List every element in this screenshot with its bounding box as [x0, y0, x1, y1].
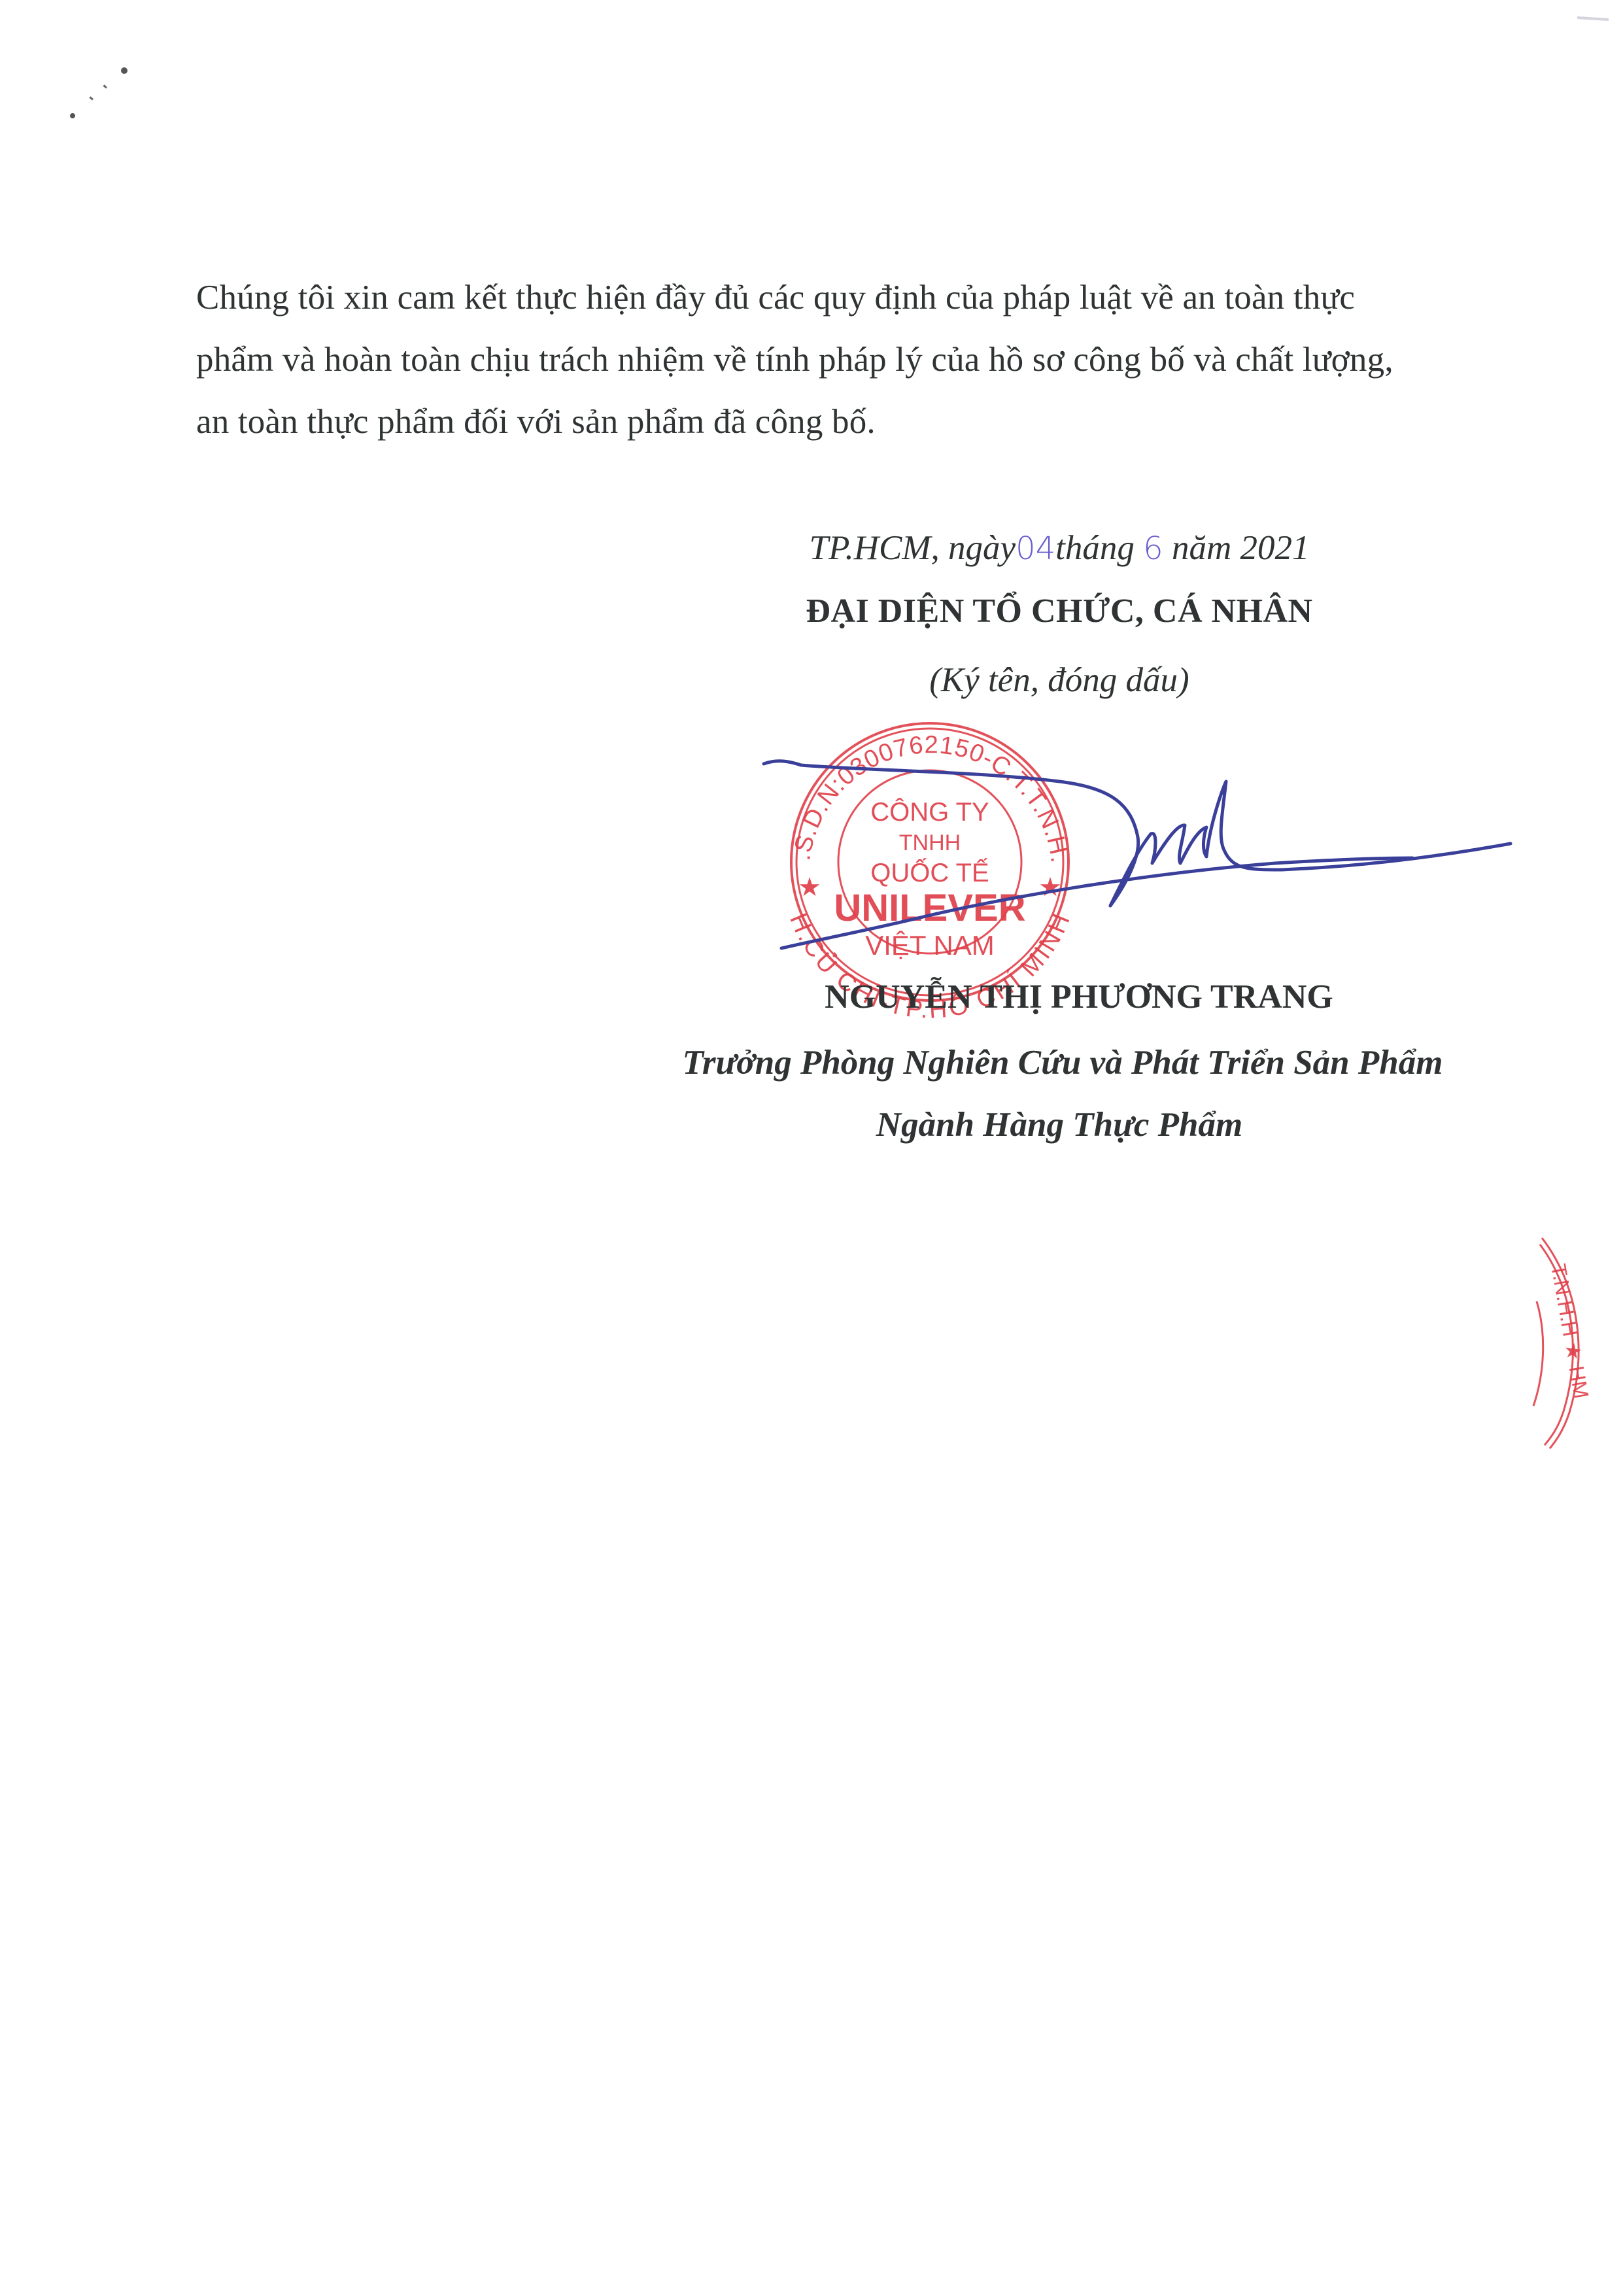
stamp-line: TNHH — [899, 831, 961, 855]
representative-heading: ĐẠI DIỆN TỔ CHỨC, CÁ NHÂN — [667, 592, 1452, 630]
signer-department: Ngành Hàng Thực Phẩm — [667, 1105, 1452, 1144]
stamp-line: VIỆT NAM — [865, 930, 995, 961]
stamp-line: QUỐC TẾ — [870, 857, 989, 887]
month-label: tháng — [1055, 529, 1135, 567]
date-line: TP.HCM, ngày04tháng 6 năm 2021 — [667, 528, 1452, 568]
date-prefix: TP.HCM, ngày — [810, 529, 1016, 567]
signer-name: NGUYỄN THỊ PHƯƠNG TRANG — [654, 978, 1504, 1016]
paragraph-line: an toàn thực phẩm đối với sản phẩm đã cô… — [196, 402, 876, 441]
sign-note: (Ký tên, đóng dấu) — [667, 660, 1452, 700]
year-label: năm 2021 — [1172, 529, 1310, 567]
stamp-line: UNILEVER — [834, 887, 1025, 929]
signer-title: Trưởng Phòng Nghiên Cứu và Phát Triển Sả… — [589, 1043, 1537, 1082]
paragraph-line: Chúng tôi xin cam kết thực hiện đầy đủ c… — [196, 278, 1355, 317]
stamp-line: CÔNG TY — [870, 797, 989, 827]
paragraph-line: phẩm và hoàn toàn chịu trách nhiệm về tí… — [196, 340, 1393, 379]
handwritten-month: 6 — [1143, 530, 1163, 567]
partial-stamp-text: T.N.H.H ★ HM — [1546, 1262, 1594, 1400]
handwritten-day: 04 — [1016, 530, 1055, 567]
stamp-star-right: ★ — [1038, 873, 1062, 902]
stamp-star-left: ★ — [798, 873, 821, 902]
